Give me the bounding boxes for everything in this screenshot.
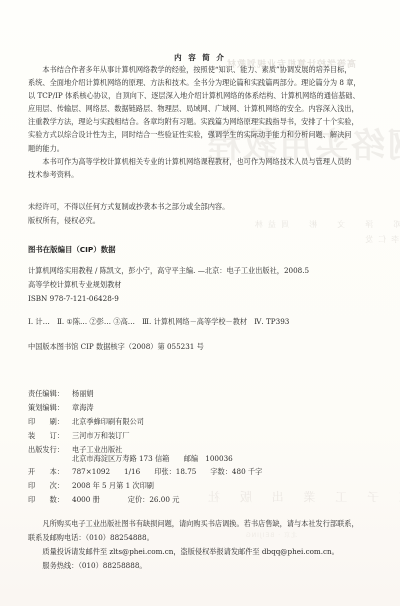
credit-planning-editor: 策划编辑：章海涛	[28, 401, 94, 414]
text-line: 以 TCP/IP 体系核心协议，自顶向下、逐层深入地介绍计算机网络的体系结构、计…	[28, 89, 378, 102]
summary-paragraph-1: 本书结合作者多年从事计算机网络教学的经验，按照使“知识、能力、素质”协调发展的培…	[28, 63, 378, 155]
text-line: 注重教学方法，理论与实践相结合。各章均附有习题。实践篇为网络原理实践指导书，安排…	[28, 115, 378, 128]
credit-label: 印 刷：	[28, 415, 72, 428]
spec-label: 定价：	[128, 495, 150, 504]
copyright-notice-line-1: 未经许可，不得以任何方式复制或抄袭本书之部分或全部内容。	[28, 200, 229, 213]
credit-value: 北京市海淀区万寿路 173 信箱 邮编 100036	[72, 454, 233, 463]
cip-library-record: 中国版本图书馆 CIP 数据核字（2008）第 055231 号	[28, 340, 204, 353]
text-line: 题的能力。	[28, 142, 378, 155]
spec-price-value: 26.00 元	[149, 495, 179, 504]
credit-value: 三河市万和装订厂	[72, 431, 130, 440]
text-line: 系统、全面地介绍计算机网络的原理、方法和技术。全书分为理论篇和实践篇两部分。理论…	[28, 76, 378, 89]
credit-label: 装 订：	[28, 429, 72, 442]
contact-line-3: 质量投诉请发邮件至 zlts@phei.com.cn，盗版侵权举报请发邮件至 d…	[28, 545, 339, 558]
contact-line-1: 凡所购买电子工业出版社图书有缺损问题，请向购买书店调换。若书店售缺，请与本社发行…	[28, 517, 359, 530]
credit-value: 杨丽娟	[72, 389, 94, 398]
bleed-through-city: 北京 · BEIJING	[245, 530, 297, 539]
contact-line-4: 服务热线：（010）88258888。	[28, 559, 147, 572]
cip-isbn: ISBN 978-7-121-06428-9	[28, 292, 119, 305]
cip-series: 高等学校计算机专业规划教材	[28, 278, 121, 291]
credit-responsible-editor: 责任编辑：杨丽娟	[28, 387, 94, 400]
text-line: 本书可作为高等学校计算机相关专业的计算机网络课程教材，也可作为网络技术人员与管理…	[28, 155, 378, 168]
spec-label: 印 次：	[28, 479, 72, 492]
spec-label: 印张：	[154, 467, 176, 476]
copyright-page: 高等学校计算机专业规划教材 计算机网络实用教程 主 编 副主编 邓 泽 文 彬 …	[0, 0, 400, 606]
credit-publisher-address: 北京市海淀区万寿路 173 信箱 邮编 100036	[28, 452, 233, 465]
spec-printing-value: 2008 年 5 月第 1 次印刷	[72, 481, 154, 490]
bleed-through-publisher: 電 子 工 業 出 版 社	[200, 488, 400, 505]
contact-line-2: 联系及邮购电话：（010）88254888。	[28, 531, 154, 544]
cip-record-line: 计算机网络实用教程 / 陈凯文，彭小宁，高守平主编. —北京：电子工业出版社，2…	[28, 264, 309, 277]
spec-format-row: 开 本：787×10921/16印张：18.75字数：480 千字	[28, 465, 262, 478]
text-line: 本书结合作者多年从事计算机网络教学的经验，按照使“知识、能力、素质”协调发展的培…	[28, 63, 378, 76]
text-line: 技术参考资料。	[28, 168, 378, 181]
spec-label: 字数：	[210, 467, 232, 476]
spec-format-value: 787×1092	[72, 467, 110, 476]
credit-value: 北京季蜂印刷有限公司	[72, 417, 144, 426]
spec-label: 开 本：	[28, 465, 72, 478]
credit-label: 策划编辑：	[28, 401, 72, 414]
credit-value: 章海涛	[72, 403, 94, 412]
spec-words-value: 480 千字	[232, 467, 262, 476]
bleed-through-authors: 主 编 副主编 邓 泽 文 彬 周益林 主 审 李仁发	[250, 202, 400, 247]
copyright-notice-line-2: 版权所有，侵权必究。	[28, 214, 100, 227]
credit-printer: 印 刷：北京季蜂印刷有限公司	[28, 415, 144, 428]
text-line: 实验方式以综合设计性为主，同时结合一些验证性实验，强调学生的实际动手能力和分析问…	[28, 128, 378, 141]
spec-copies-row: 印 数：4000 册定价：26.00 元	[28, 493, 179, 506]
credit-label: 责任编辑：	[28, 387, 72, 400]
spec-printing-row: 印 次：2008 年 5 月第 1 次印刷	[28, 479, 154, 492]
spec-fold-value: 1/16	[124, 467, 140, 476]
cip-title: 图书在版编目（CIP）数据	[28, 244, 116, 255]
spec-copies-value: 4000 册	[72, 495, 100, 504]
spec-sheets-value: 18.75	[176, 467, 197, 476]
text-line: 应用层、传输层、网络层、数据链路层、物理层、局域网、广域网、计算机网络的安全。内…	[28, 102, 378, 115]
credit-binder: 装 订：三河市万和装订厂	[28, 429, 130, 442]
cip-classification: Ⅰ. 计… Ⅱ. ①陈… ②彭… ③高… Ⅲ. 计算机网络－高等学校－教材 Ⅳ.…	[28, 315, 289, 328]
summary-paragraph-2: 本书可作为高等学校计算机相关专业的计算机网络课程教材，也可作为网络技术人员与管理…	[28, 155, 378, 181]
summary-heading: 内 容 简 介	[0, 52, 400, 63]
spec-label: 印 数：	[28, 493, 72, 506]
